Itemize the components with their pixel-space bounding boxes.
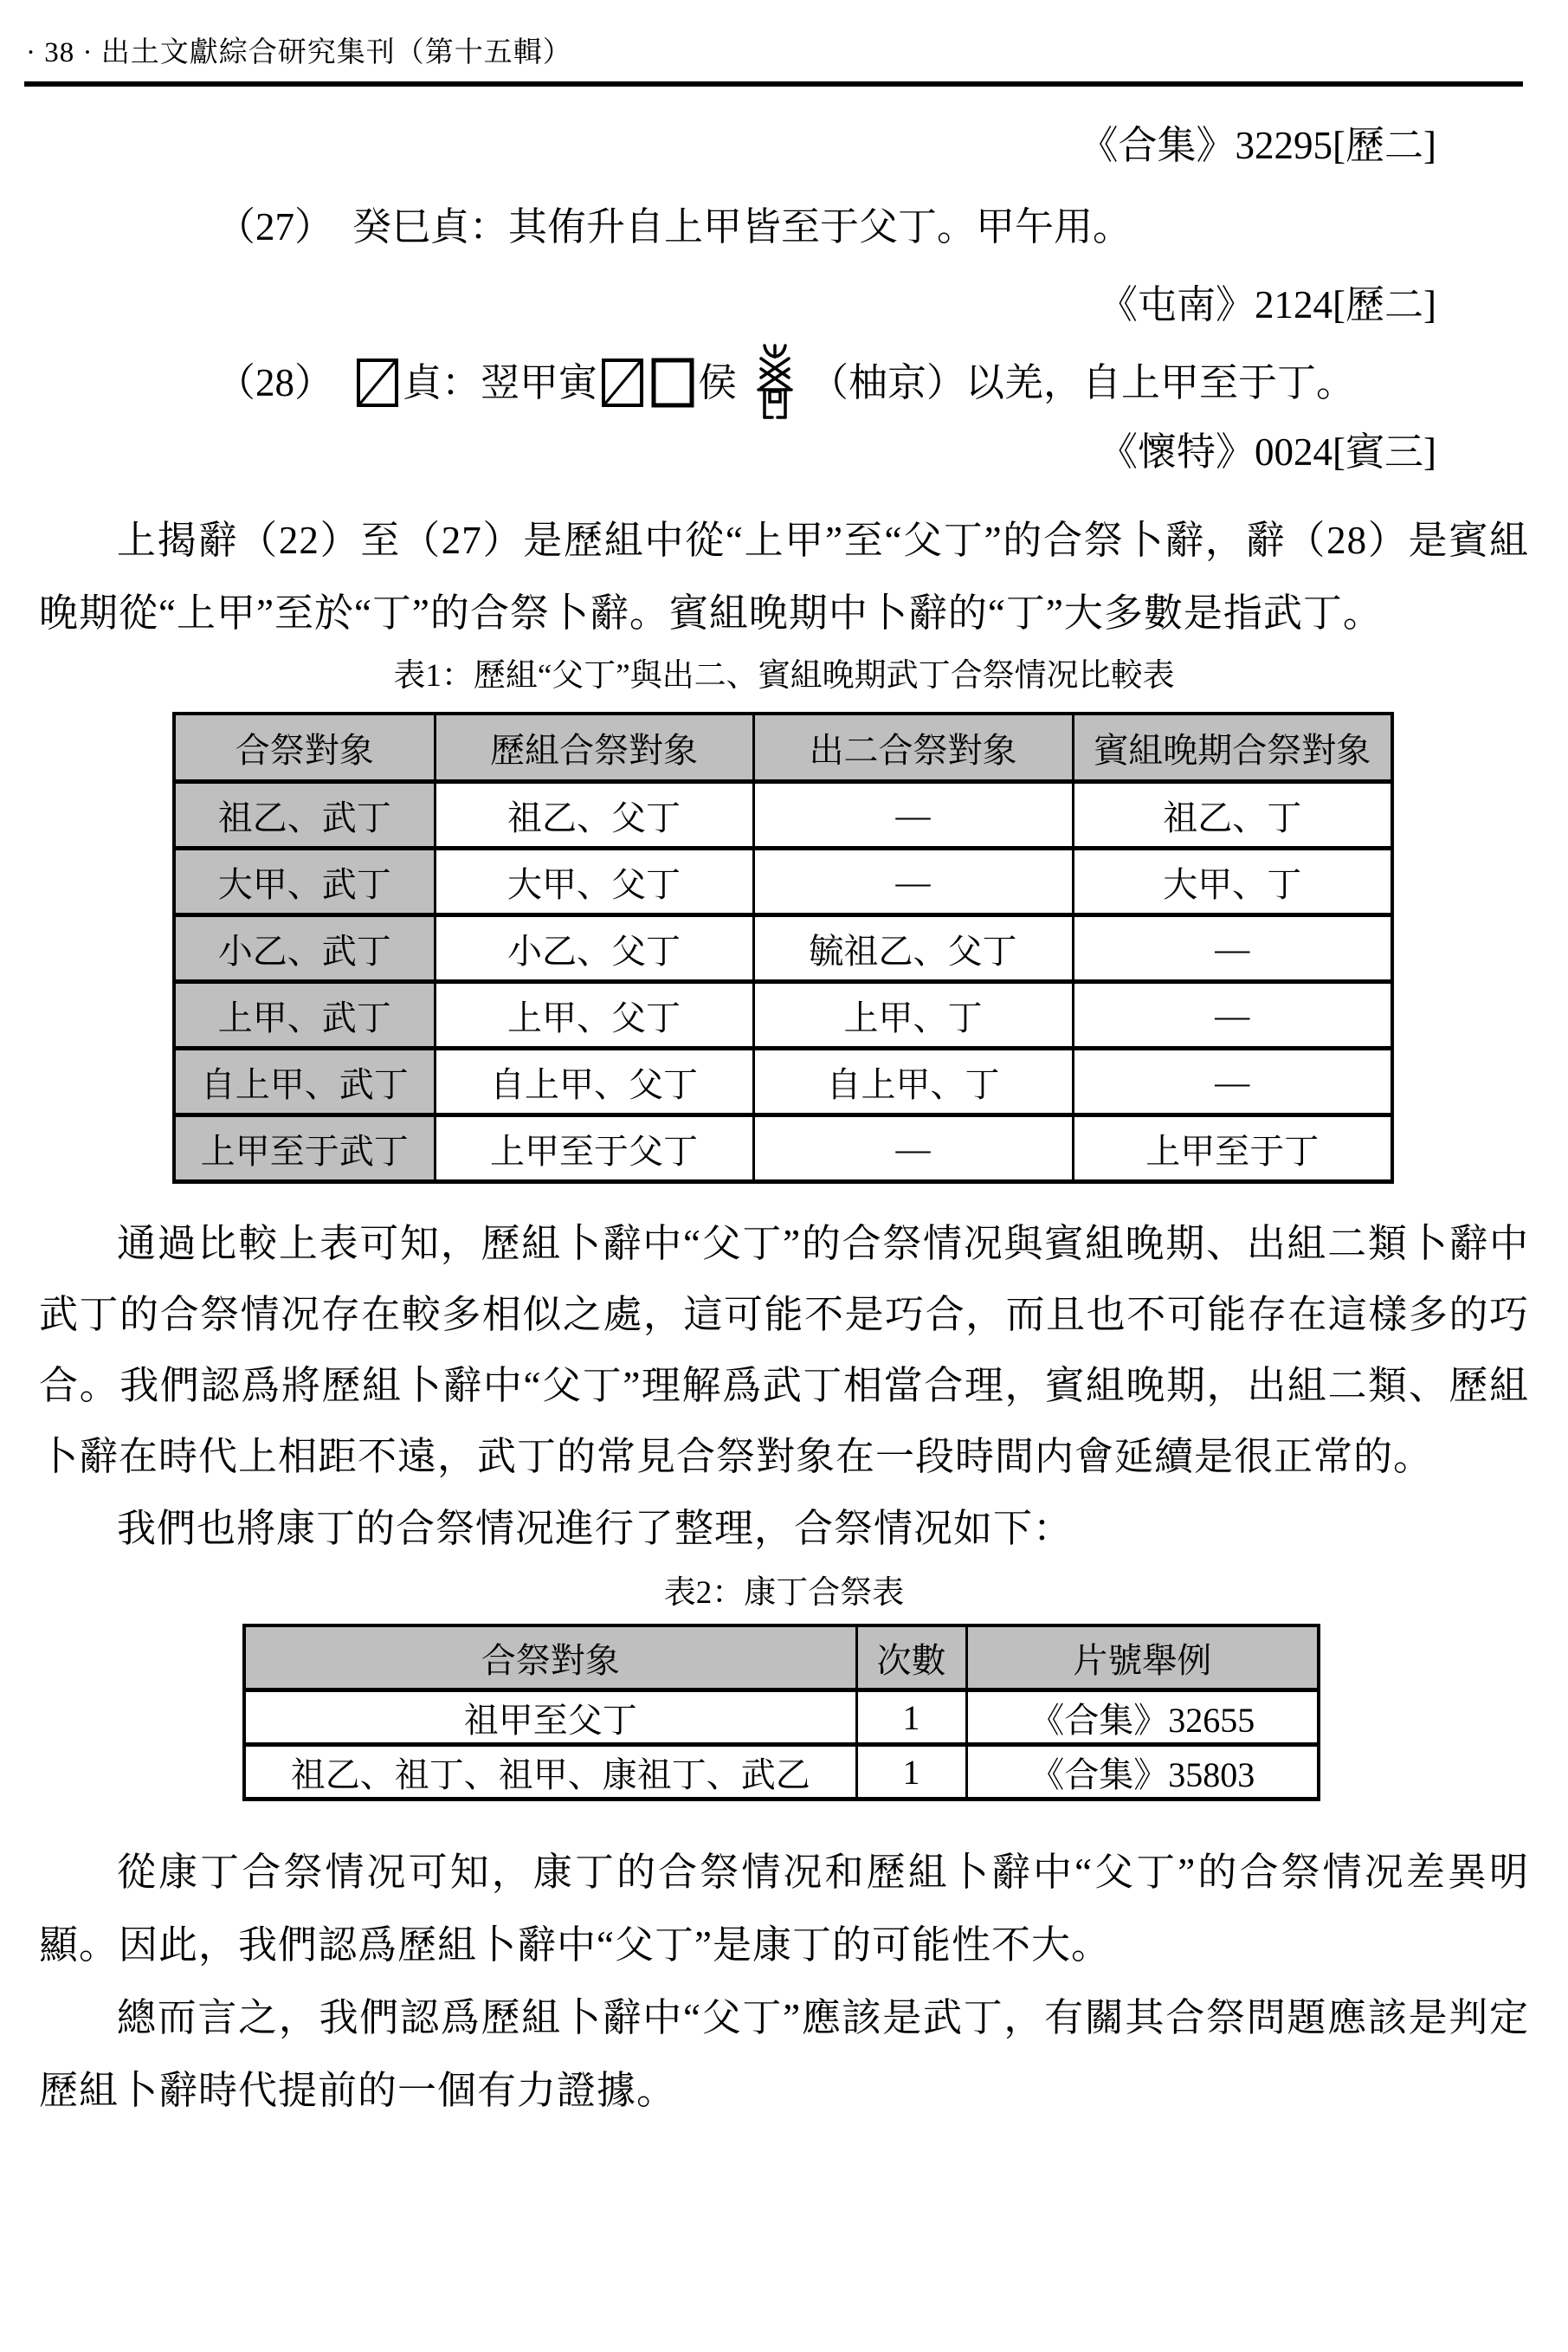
comparison-table: 合祭對象歷組合祭對象出二合祭對象賓組晚期合祭對象 祖乙、武丁祖乙、父丁—祖乙、丁… [172, 712, 1394, 1184]
table-cell: — [753, 849, 1073, 915]
column-header: 合祭對象 [174, 714, 435, 782]
table-cell: 大甲、父丁 [435, 849, 753, 915]
table-header-row: 合祭對象歷組合祭對象出二合祭對象賓組晚期合祭對象 [174, 714, 1392, 782]
table2-caption: 表2：康丁合祭表 [0, 1573, 1568, 1613]
citation-line-2: 《屯南》2124[歷二] [0, 282, 1568, 327]
body-paragraph: 我們也將康丁的合祭情况進行了整理，合祭情况如下： [39, 1492, 1529, 1565]
table-cell: 自上甲、武丁 [174, 1049, 435, 1115]
citation-text: 《合集》32295[歷二] [1080, 124, 1436, 167]
kangding-table: 合祭對象次數片號舉例 祖甲至父丁1《合集》32655祖乙、祖丁、祖甲、康祖丁、武… [242, 1624, 1320, 1801]
column-header: 出二合祭對象 [753, 714, 1073, 782]
table-cell: 祖乙、祖丁、祖甲、康祖丁、武乙 [244, 1745, 856, 1800]
citation-line-1: 《合集》32295[歷二] [0, 123, 1568, 168]
table-row: 上甲、武丁上甲、父丁上甲、丁— [174, 982, 1392, 1049]
document-page: · 38 · 出土文獻綜合研究集刊（第十五輯） 《合集》32295[歷二] （2… [0, 0, 1568, 2352]
table-cell: 1 [856, 1745, 966, 1800]
table-row: 祖乙、武丁祖乙、父丁—祖乙、丁 [174, 782, 1392, 849]
body-paragraph: 總而言之，我們認爲歷組卜辭中“父丁”應該是武丁，有關其合祭問題應該是判定歷組卜辭… [39, 1981, 1529, 2127]
table-cell: 祖乙、武丁 [174, 782, 435, 849]
table-cell: 《合集》35803 [966, 1745, 1319, 1800]
running-header-text: · 38 · 出土文獻綜合研究集刊（第十五輯） [26, 37, 572, 68]
entry-28: （28） 貞：翌甲寅 侯 （柚京）以羌，自上 [0, 341, 1568, 424]
column-header: 合祭對象 [244, 1625, 856, 1690]
entry-text-segment: 侯 [698, 359, 737, 407]
table-row: 祖甲至父丁1《合集》32655 [244, 1690, 1319, 1745]
table-cell: 祖乙、丁 [1073, 782, 1392, 849]
table-row: 上甲至于武丁上甲至于父丁—上甲至于丁 [174, 1115, 1392, 1182]
table-cell: 上甲至于父丁 [435, 1115, 753, 1182]
table-row: 小乙、武丁小乙、父丁毓祖乙、父丁— [174, 915, 1392, 982]
table-cell: 上甲、丁 [753, 982, 1073, 1049]
table-cell: 祖甲至父丁 [244, 1690, 856, 1745]
table-cell: 1 [856, 1690, 966, 1745]
table-cell: 上甲、父丁 [435, 982, 753, 1049]
entry-text-segment: （柚京）以羌，自上甲至于丁。 [810, 359, 1355, 407]
entry-text: 癸巳貞：其侑升自上甲皆至于父丁。甲午用。 [352, 205, 1132, 249]
body-paragraph: 上揭辭（22）至（27）是歷組中從“上甲”至“父丁”的合祭卜辭，辭（28）是賓組… [39, 504, 1529, 649]
table1-caption: 表1：歷組“父丁”與出二、賓組晚期武丁合祭情况比較表 [0, 656, 1568, 696]
table-cell: 大甲、武丁 [174, 849, 435, 915]
damaged-char-box-icon [601, 358, 644, 408]
column-header: 次數 [856, 1625, 966, 1690]
table-cell: 毓祖乙、父丁 [753, 915, 1073, 982]
table-cell: — [753, 1115, 1073, 1182]
table-cell: — [1073, 982, 1392, 1049]
column-header: 片號舉例 [966, 1625, 1319, 1690]
entry-number: （27） [216, 205, 333, 249]
table-cell: — [1073, 915, 1392, 982]
table-cell: — [1073, 1049, 1392, 1115]
citation-text: 《懷特》0024[賓三] [1099, 430, 1436, 474]
body-paragraph: 通過比較上表可知，歷組卜辭中“父丁”的合祭情况與賓組晚期、出組二類卜辭中武丁的合… [39, 1208, 1529, 1492]
table-cell: 上甲、武丁 [174, 982, 435, 1049]
table-row: 自上甲、武丁自上甲、父丁自上甲、丁— [174, 1049, 1392, 1115]
table-header-row: 合祭對象次數片號舉例 [244, 1625, 1319, 1690]
table-cell: 自上甲、丁 [753, 1049, 1073, 1115]
table-row: 祖乙、祖丁、祖甲、康祖丁、武乙1《合集》35803 [244, 1745, 1319, 1800]
header-divider-rule [24, 81, 1523, 87]
column-header: 歷組合祭對象 [435, 714, 753, 782]
column-header: 賓組晚期合祭對象 [1073, 714, 1392, 782]
empty-char-box-icon [651, 358, 694, 408]
table-cell: 上甲至于武丁 [174, 1115, 435, 1182]
running-header: · 38 · 出土文獻綜合研究集刊（第十五輯） [0, 0, 1568, 71]
entry-number: （28） [216, 359, 333, 407]
table-cell: 自上甲、父丁 [435, 1049, 753, 1115]
entry-27: （27）癸巳貞：其侑升自上甲皆至于父丁。甲午用。 [0, 203, 1568, 251]
body-paragraph: 從康丁合祭情况可知，康丁的合祭情况和歷組卜辭中“父丁”的合祭情况差異明顯。因此，… [39, 1836, 1529, 1981]
oracle-bone-glyph-icon [752, 343, 797, 423]
table-cell: 上甲至于丁 [1073, 1115, 1392, 1182]
entry-text-segment: 貞：翌甲寅 [403, 359, 597, 407]
table-cell: 小乙、父丁 [435, 915, 753, 982]
table-cell: — [753, 782, 1073, 849]
citation-line-3: 《懷特》0024[賓三] [0, 430, 1568, 475]
citation-text: 《屯南》2124[歷二] [1099, 283, 1436, 326]
table-cell: 祖乙、父丁 [435, 782, 753, 849]
damaged-char-box-icon [356, 358, 399, 408]
table-cell: 小乙、武丁 [174, 915, 435, 982]
table-row: 大甲、武丁大甲、父丁—大甲、丁 [174, 849, 1392, 915]
table-cell: 大甲、丁 [1073, 849, 1392, 915]
table-cell: 《合集》32655 [966, 1690, 1319, 1745]
